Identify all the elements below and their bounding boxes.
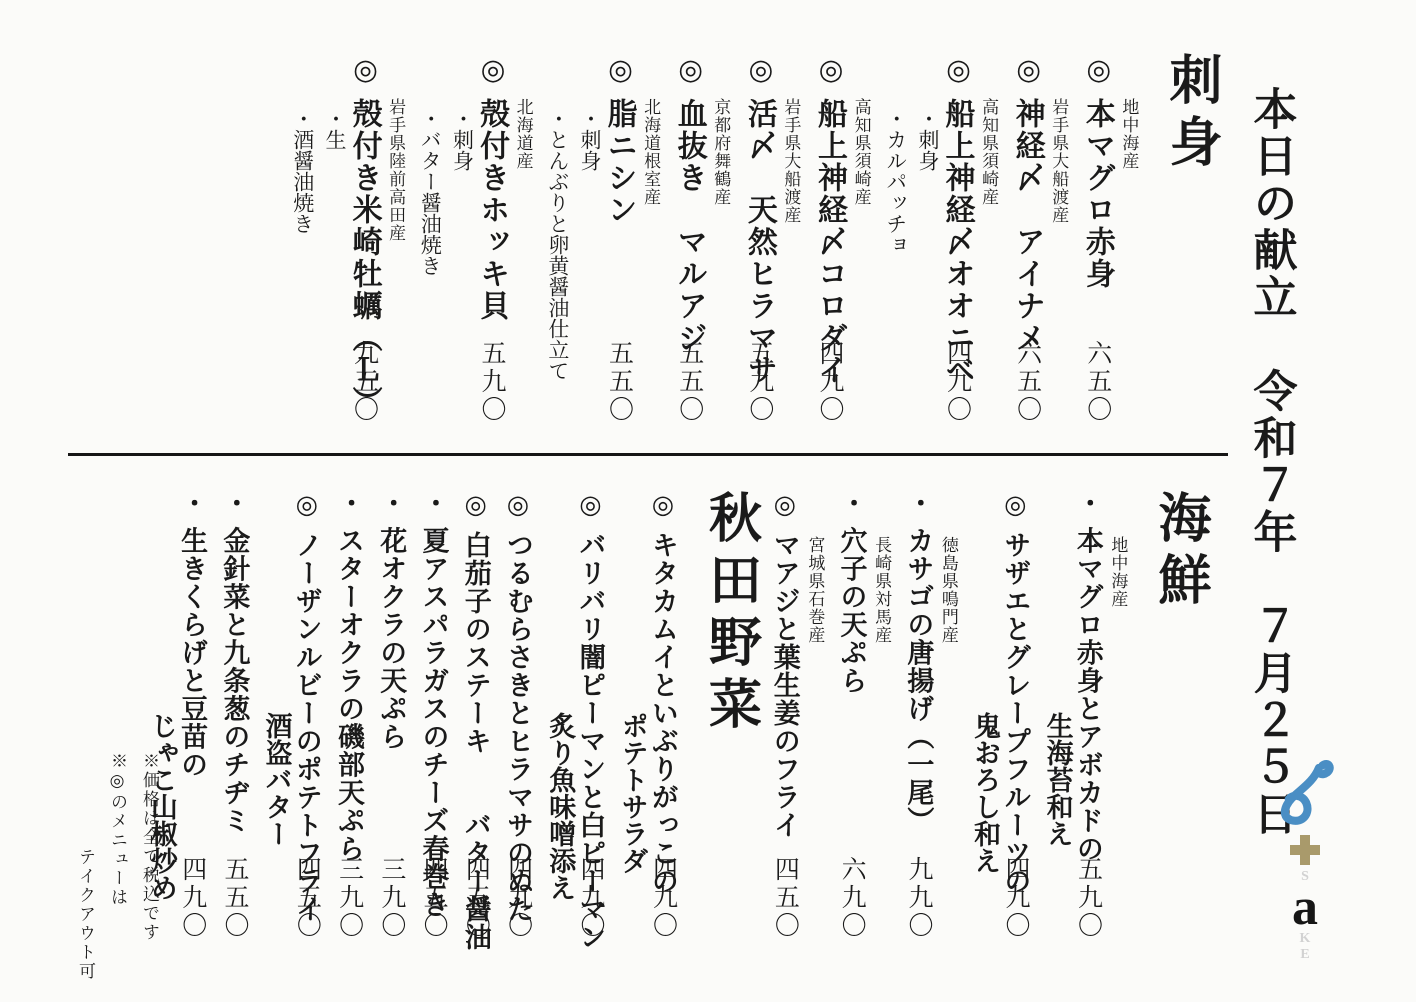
sub-item: ・バター醤油焼き xyxy=(417,52,442,426)
sub-item: ・とんぶりと卵黄醤油仕立て xyxy=(545,52,570,426)
item-price: 三九〇 xyxy=(335,856,363,940)
source-label: 岩手県陸前高田産 xyxy=(386,52,406,426)
takeout-circle-marker: ◎ xyxy=(1082,52,1113,88)
source-label: 北海道産 xyxy=(513,52,533,426)
note-takeout: ※◎のメニューは xyxy=(105,752,130,948)
item-name-column: ◎活〆 天然ヒラマサ五九〇 xyxy=(742,52,776,426)
item-name-column: ・夏アスパラガスのチーズ春巻き四五〇 xyxy=(418,490,448,942)
item-name: スターオクラの磯部天ぷら xyxy=(334,527,364,863)
item-name-continuation: 炙り魚味噌添え xyxy=(545,490,575,942)
menu-item: 高知県須崎産◎船上神経〆オオニベ四九〇・刺身・カルパッチョ xyxy=(883,52,999,426)
sub-item: ・カルパッチョ xyxy=(883,52,908,426)
item-name-column: ・金針菜と九条葱のチヂミ五五〇 xyxy=(219,490,249,942)
item-name-column: ◎血抜き マルアジ五五〇 xyxy=(672,52,706,426)
item-name-column: ◎つるむらさきとヒラマサのぬた四九〇 xyxy=(503,490,533,942)
takeout-circle-marker: ◎ xyxy=(744,52,775,88)
source-label: 岩手県大船渡産 xyxy=(781,52,801,426)
takeout-circle-marker: ◎ xyxy=(576,490,605,521)
item-name: 殻付きホッキ貝 xyxy=(475,98,508,322)
takeout-circle-marker: ◎ xyxy=(462,490,491,521)
takeout-circle-marker: ◎ xyxy=(293,490,322,521)
item-name-column: ・穴子の天ぷら六九〇 xyxy=(836,490,866,942)
menu-item: 京都府舞鶴産◎血抜き マルアジ五五〇 xyxy=(672,52,730,426)
note-tax-included: ※価格は全て税込です xyxy=(137,752,162,948)
brand-letters: S a K E xyxy=(1292,870,1318,962)
source-label: 地中海産 xyxy=(1108,490,1128,942)
item-name-column: ◎殻付きホッキ貝五九〇 xyxy=(474,52,508,426)
section-seafood-and-vegetables: 海鮮地中海産・本マグロ赤身とアボカドの五九〇生海苔和え◎サザエとグレープフルーツ… xyxy=(135,490,1215,942)
item-name-column: ◎船上神経〆オオニベ四九〇 xyxy=(940,52,974,426)
item-name-continuation: 鬼おろし和え xyxy=(970,490,1000,942)
menu-page: 本日の献立 令和７年 ７月２５日 刺身地中海産◎本マグロ赤身六五〇岩手県大船渡産… xyxy=(0,0,1416,1002)
menu-item: 地中海産・本マグロ赤身とアボカドの五九〇生海苔和え xyxy=(1042,490,1127,942)
item-price: 五五〇 xyxy=(220,856,248,940)
source-label: 長崎県対馬産 xyxy=(872,490,892,942)
takeout-circle-marker: ◎ xyxy=(604,52,635,88)
item-price: 五九〇 xyxy=(745,340,773,424)
sub-item: ・刺身 xyxy=(915,52,940,426)
menu-item: 北海道根室産◎脂ニシン五五〇・刺身・とんぶりと卵黄醤油仕立て xyxy=(545,52,661,426)
item-price: 九九〇 xyxy=(904,856,932,940)
section-header: 刺身 xyxy=(1162,52,1218,426)
item-price: 四五〇 xyxy=(420,856,448,940)
takeout-circle-marker: ◎ xyxy=(771,490,800,521)
item-name-column: ・花オクラの天ぷら三九〇 xyxy=(376,490,406,942)
item-name: サザエとグレープフルーツの xyxy=(1000,531,1030,895)
section-sashimi: 刺身地中海産◎本マグロ赤身六五〇岩手県大船渡産◎神経〆 アイナメ六五〇高知県須崎… xyxy=(278,52,1226,426)
menu-item: ◎バリバリ闇ピーマンと白ピーマン四九〇炙り魚味噌添え xyxy=(545,490,605,942)
item-name-column: ◎船上神経〆コロダイ四九〇 xyxy=(812,52,846,426)
menu-item: ◎サザエとグレープフルーツの四九〇鬼おろし和え xyxy=(970,490,1030,942)
menu-item: ・花オクラの天ぷら三九〇 xyxy=(376,490,406,942)
item-price: 四九〇 xyxy=(1001,856,1029,940)
page-title: 本日の献立 令和７年 ７月２５日 xyxy=(1239,86,1303,838)
item-name-column: ・生きくらげと豆苗の四九〇 xyxy=(177,490,207,942)
item-price: 六五〇 xyxy=(1083,340,1111,424)
section-divider xyxy=(68,453,1228,456)
bullet-marker: ・ xyxy=(178,490,207,517)
item-price: 四九〇 xyxy=(815,340,843,424)
menu-item: ◎キタカムイといぶりがっこの四九〇ポテトサラダ xyxy=(617,490,677,942)
brand-letter-k: K xyxy=(1300,932,1311,946)
takeout-circle-marker: ◎ xyxy=(349,52,380,88)
menu-item: 長崎県対馬産・穴子の天ぷら六九〇 xyxy=(836,490,891,942)
item-name: 本マグロ赤身とアボカドの xyxy=(1073,527,1103,863)
menu-item: 高知県須崎産◎船上神経〆コロダイ四九〇 xyxy=(812,52,870,426)
item-name-column: ◎サザエとグレープフルーツの四九〇 xyxy=(1000,490,1030,942)
item-name-column: ・本マグロ赤身とアボカドの五九〇 xyxy=(1073,490,1103,942)
source-label: 北海道根室産 xyxy=(641,52,661,426)
item-price: 四九〇 xyxy=(178,856,206,940)
menu-item: 宮城県石巻産◎マアジと葉生姜のフライ四五〇 xyxy=(770,490,825,942)
item-name-column: ◎本マグロ赤身六五〇 xyxy=(1080,52,1114,426)
takeout-circle-marker: ◎ xyxy=(1001,490,1030,521)
source-label: 徳島県鳴門産 xyxy=(938,490,958,942)
plus-icon xyxy=(1290,835,1320,865)
menu-item: ◎ノーザンルビーのポテトフライ四五〇酒盗バター xyxy=(261,490,321,942)
item-name-continuation: ポテトサラダ xyxy=(617,490,647,942)
bullet-marker: ・ xyxy=(377,490,406,517)
menu-item: ・スターオクラの磯部天ぷら三九〇 xyxy=(334,490,364,942)
source-label: 宮城県石巻産 xyxy=(805,490,825,942)
source-label: 岩手県大船渡産 xyxy=(1049,52,1069,426)
item-price: 五九〇 xyxy=(478,340,506,424)
item-name-column: ◎神経〆 アイナメ六五〇 xyxy=(1010,52,1044,426)
menu-item: 地中海産◎本マグロ赤身六五〇 xyxy=(1080,52,1138,426)
item-name-column: ◎脂ニシン五五〇 xyxy=(602,52,636,426)
item-price: 三九〇 xyxy=(377,856,405,940)
item-price: 四九〇 xyxy=(943,340,971,424)
item-price: 四五〇 xyxy=(771,856,799,940)
takeout-circle-marker: ◎ xyxy=(504,490,533,521)
item-name: 本マグロ赤身 xyxy=(1081,98,1114,290)
item-name: 穴子の天ぷら xyxy=(837,527,867,695)
source-label: 高知県須崎産 xyxy=(851,52,871,426)
item-name: 脂ニシン xyxy=(603,98,636,226)
item-price: 四九〇 xyxy=(577,856,605,940)
item-name-column: ・カサゴの唐揚げ（一尾）九九〇 xyxy=(903,490,933,942)
source-label: 高知県須崎産 xyxy=(979,52,999,426)
menu-item: 岩手県陸前高田産◎殻付き米崎牡蠣（Ｌ）九五〇・生・酒醤油焼き xyxy=(290,52,406,426)
item-name: 血抜き マルアジ xyxy=(673,98,706,354)
item-price: 五五〇 xyxy=(675,340,703,424)
item-name: マアジと葉生姜のフライ xyxy=(770,531,800,839)
note-takeout-continued: テイクアウト可 xyxy=(73,752,98,948)
takeout-circle-marker: ◎ xyxy=(674,52,705,88)
item-name-column: ・スターオクラの磯部天ぷら三九〇 xyxy=(334,490,364,942)
item-name: 生きくらげと豆苗の xyxy=(177,527,207,779)
item-price: 九五〇 xyxy=(350,340,378,424)
item-name-column: ◎マアジと葉生姜のフライ四五〇 xyxy=(770,490,800,942)
bullet-marker: ・ xyxy=(220,490,249,517)
bullet-marker: ・ xyxy=(1074,490,1103,517)
menu-item: 北海道産◎殻付きホッキ貝五九〇・刺身・バター醤油焼き xyxy=(417,52,533,426)
menu-item: ◎つるむらさきとヒラマサのぬた四九〇 xyxy=(503,490,533,942)
brand-mark-icon xyxy=(1276,758,1334,830)
item-name-continuation: 生海苔和え xyxy=(1042,490,1072,942)
menu-item: ◎白茄子のステーキ バター醤油四五〇 xyxy=(460,490,490,942)
item-price: 六五〇 xyxy=(1013,340,1041,424)
takeout-circle-marker: ◎ xyxy=(1012,52,1043,88)
bullet-marker: ・ xyxy=(838,490,867,517)
item-price: 四五〇 xyxy=(462,856,490,940)
item-price: 六九〇 xyxy=(838,856,866,940)
item-name-continuation: 酒盗バター xyxy=(261,490,291,942)
bullet-marker: ・ xyxy=(904,490,933,517)
item-name-column: ◎バリバリ闇ピーマンと白ピーマン四九〇 xyxy=(575,490,605,942)
bullet-marker: ・ xyxy=(419,490,448,517)
source-label: 地中海産 xyxy=(1119,52,1139,426)
menu-item: ・夏アスパラガスのチーズ春巻き四五〇 xyxy=(418,490,448,942)
sub-item: ・酒醤油焼き xyxy=(290,52,315,426)
sub-item: ・刺身 xyxy=(449,52,474,426)
takeout-circle-marker: ◎ xyxy=(814,52,845,88)
item-name-column: ◎ノーザンルビーのポテトフライ四五〇 xyxy=(292,490,322,942)
takeout-circle-marker: ◎ xyxy=(942,52,973,88)
item-price: 四九〇 xyxy=(649,856,677,940)
item-name: 花オクラの天ぷら xyxy=(376,527,406,751)
menu-item: 岩手県大船渡産◎神経〆 アイナメ六五〇 xyxy=(1010,52,1068,426)
sub-item: ・刺身 xyxy=(577,52,602,426)
item-name-column: ◎白茄子のステーキ バター醤油四五〇 xyxy=(460,490,490,942)
section-header: 海鮮 xyxy=(1151,490,1207,942)
menu-item: 岩手県大船渡産◎活〆 天然ヒラマサ五九〇 xyxy=(742,52,800,426)
item-name: キタカムイといぶりがっこの xyxy=(648,531,678,895)
item-name: 神経〆 アイナメ xyxy=(1011,98,1044,354)
brand-letter-a: a xyxy=(1292,886,1318,930)
menu-item: ・金針菜と九条葱のチヂミ五五〇 xyxy=(219,490,249,942)
item-name: カサゴの唐揚げ（一尾） xyxy=(903,527,933,835)
item-name-column: ◎キタカムイといぶりがっこの四九〇 xyxy=(648,490,678,942)
takeout-circle-marker: ◎ xyxy=(649,490,678,521)
takeout-circle-marker: ◎ xyxy=(476,52,507,88)
brand-logo: S a K E xyxy=(1274,758,1336,962)
item-name-column: ◎殻付き米崎牡蠣（Ｌ）九五〇 xyxy=(347,52,381,426)
bullet-marker: ・ xyxy=(335,490,364,517)
item-price: 四九〇 xyxy=(504,856,532,940)
item-price: 四五〇 xyxy=(293,856,321,940)
sub-item: ・生 xyxy=(322,52,347,426)
source-label: 京都府舞鶴産 xyxy=(711,52,731,426)
footnotes: ※価格は全て税込です ※◎のメニューは テイクアウト可 xyxy=(66,752,162,948)
item-price: 五九〇 xyxy=(1074,856,1102,940)
menu-item: 徳島県鳴門産・カサゴの唐揚げ（一尾）九九〇 xyxy=(903,490,958,942)
item-price: 五五〇 xyxy=(605,340,633,424)
section-header: 秋田野菜 xyxy=(702,490,758,942)
brand-letter-e: E xyxy=(1300,948,1309,962)
item-name: 金針菜と九条葱のチヂミ xyxy=(219,527,249,835)
